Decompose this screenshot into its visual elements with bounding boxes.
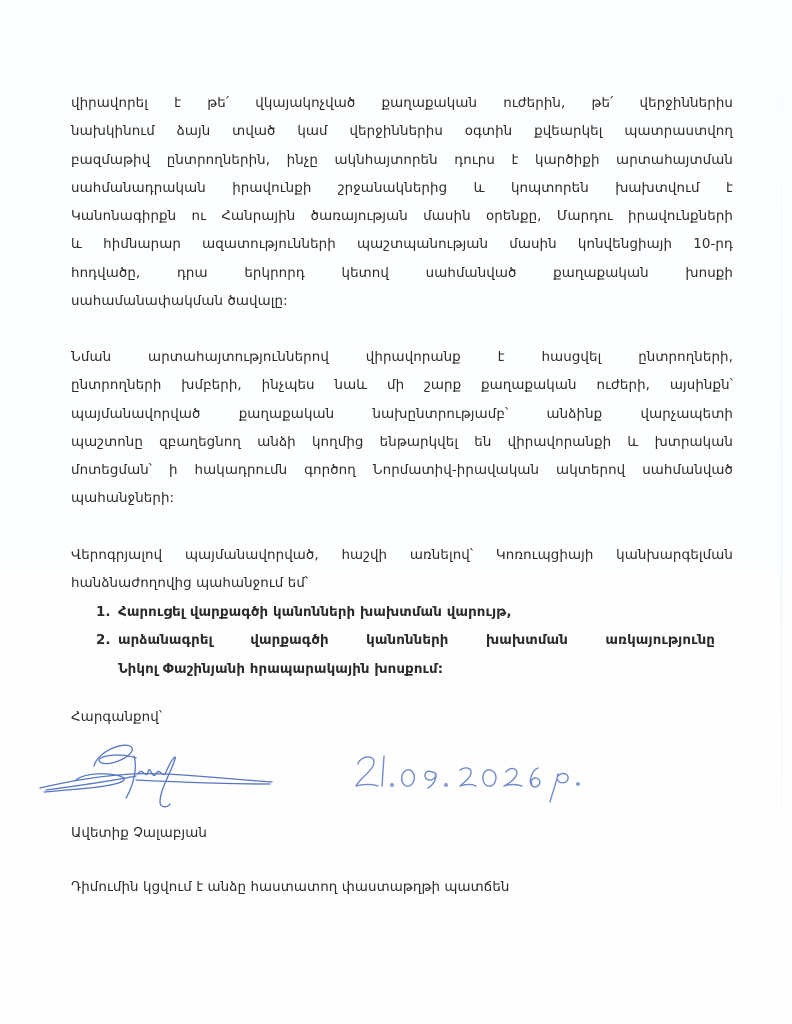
- text-line: պահանջների:: [71, 485, 733, 513]
- paragraph-violation-description: վիրավորել է թե՛ վկայակոչված քաղաքական ու…: [71, 90, 733, 316]
- text-line: հոդվածը, դրա երկրորդ կետով սահմանված քաղ…: [71, 260, 733, 288]
- text-line: պայմանավորված քաղաքական նախընտրությամբ՝ …: [71, 401, 733, 429]
- list-number: 2.: [96, 627, 111, 655]
- request-list: 1. Հարուցել վարքագծի կանոնների խախտման վ…: [96, 599, 736, 684]
- request-text: Հարուցել վարքագծի կանոնների խախտման վարո…: [118, 599, 736, 627]
- text-line: Վերոգրյալով պայմանավորված, հաշվի առնելով…: [71, 542, 733, 570]
- list-number: 1.: [96, 599, 111, 627]
- text-line: սահամանափակման ծավալը:: [71, 288, 733, 316]
- request-text: արձանագրել վարքագծի կանոնների խախտման առ…: [118, 627, 715, 655]
- text-line: ընտրողների խմբերի, ինչպես նաև մի շարք քա…: [71, 372, 733, 400]
- paragraph-insult-description: Նման արտահայտություններով վիրավորանք է հ…: [71, 344, 733, 514]
- document-page: վիրավորել է թե՛ վկայակոչված քաղաքական ու…: [0, 0, 792, 1024]
- text-line: նախկինում ձայն տված կամ վերջիններիս օգտի…: [71, 118, 733, 146]
- text-line: և հիմնարար ազատությունների պաշտպանության…: [71, 231, 733, 259]
- handwritten-signature: [36, 736, 276, 812]
- text-line: վիրավորել է թե՛ վկայակոչված քաղաքական ու…: [71, 90, 733, 118]
- text-line: հանձնաժողովից պահանջում եմ՝: [71, 570, 733, 598]
- text-line: պաշտոնը զբաղեցնող անձի կողմից ենթարկվել …: [71, 429, 733, 457]
- text-line: Նման արտահայտություններով վիրավորանք է հ…: [71, 344, 733, 372]
- text-line: սահմանադրական իրավունքի շրջանակներից և կ…: [71, 175, 733, 203]
- request-item: 1. Հարուցել վարքագծի կանոնների խախտման վ…: [96, 599, 736, 627]
- text-line: բազմաթիվ ընտրողներին, ինչը ակնհայտորեն դ…: [71, 147, 733, 175]
- signer-name: Ավետիք Չալաբյան: [71, 826, 207, 841]
- text-line: Կանոնագիրքն ու Հանրային ծառայության մասի…: [71, 203, 733, 231]
- attachment-note: Դիմումին կցվում է անձը հաստատող փաստաթղթ…: [71, 880, 510, 895]
- handwritten-date: [352, 748, 592, 808]
- text-line: մոտեցման՝ ի հակադրումն գործող Նորմատիվ-ի…: [71, 457, 733, 485]
- scan-edge-artifact: [781, 0, 782, 1024]
- closing-salutation: Հարգանքով՝: [71, 710, 162, 725]
- request-text: Նիկոլ Փաշինյանի հրապարակային խոսքում:: [118, 656, 736, 684]
- request-item: 2. արձանագրել վարքագծի կանոնների խախտման…: [96, 627, 736, 684]
- paragraph-request-intro: Վերոգրյալով պայմանավորված, հաշվի առնելով…: [71, 542, 733, 599]
